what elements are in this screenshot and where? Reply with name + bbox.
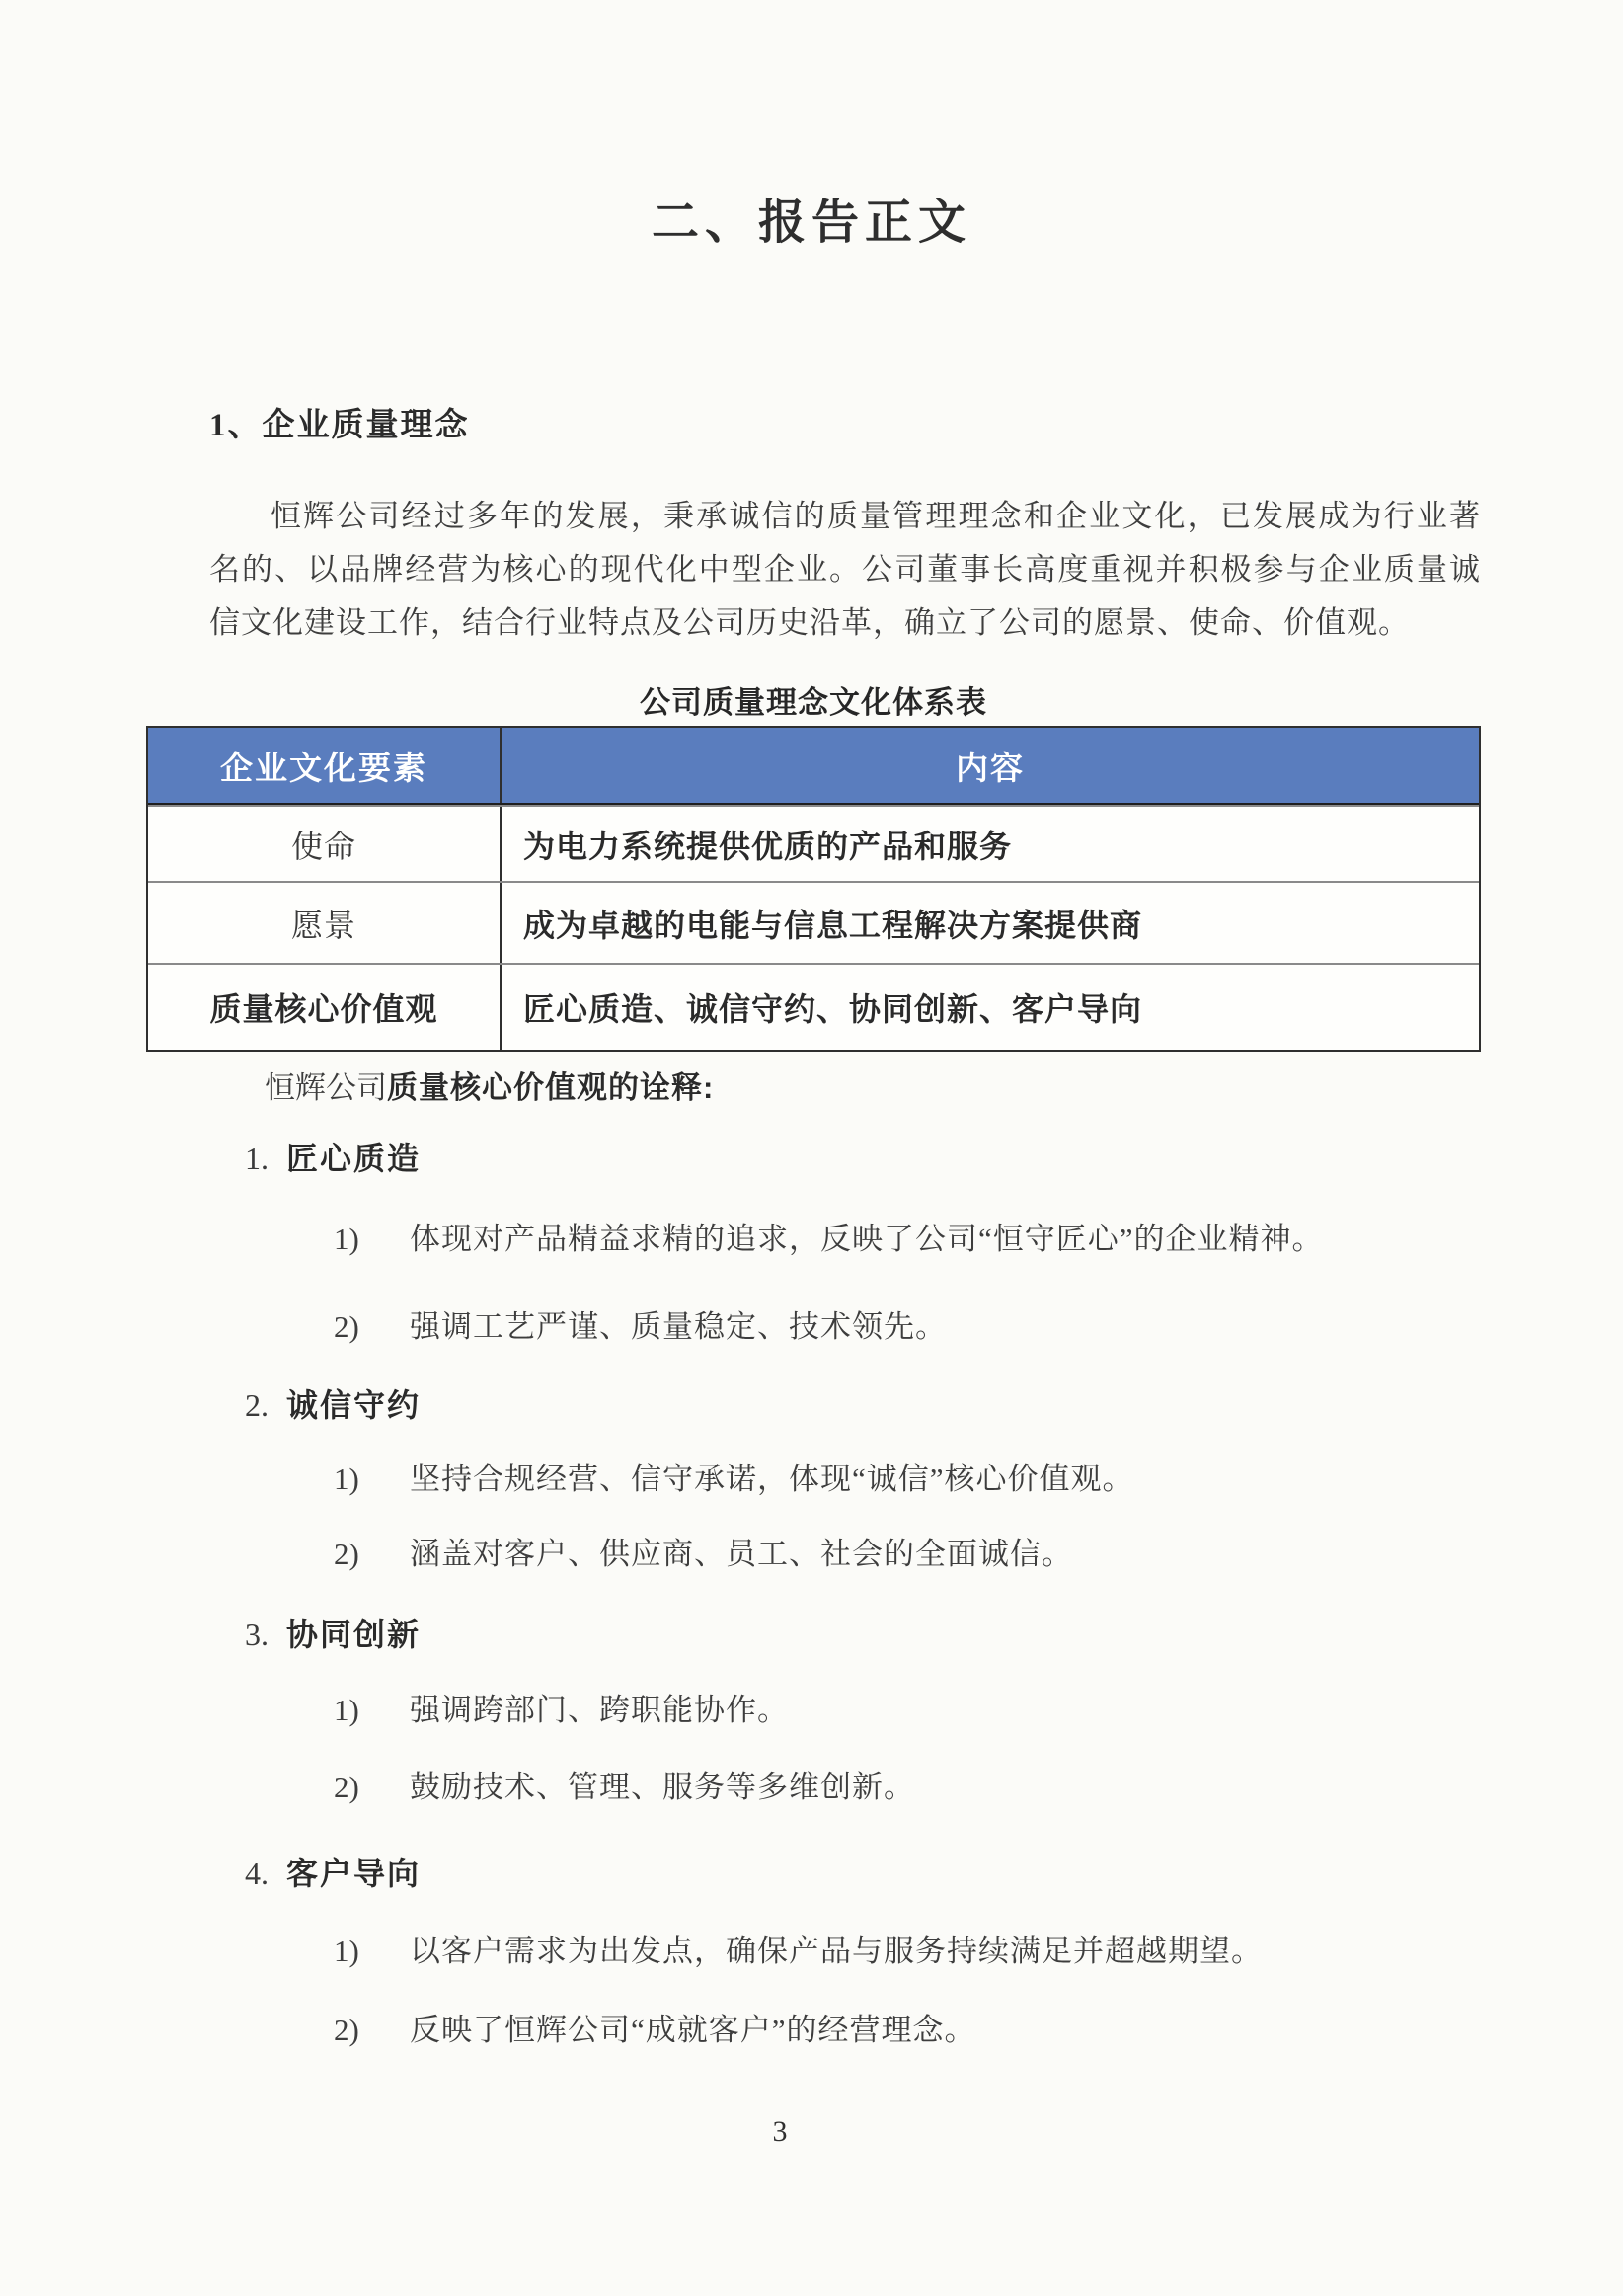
value-heading: 3.协同创新 — [245, 1610, 421, 1655]
paragraph-line: 名的、以品牌经营为核心的现代化中型企业。公司董事长高度重视并积极参与企业质量诚 — [209, 543, 1481, 596]
table-cell-content: 为电力系统提供优质的产品和服务 — [502, 807, 1479, 881]
interpretation-lead: 恒辉公司质量核心价值观的诠释: — [265, 1063, 714, 1107]
table-caption: 公司质量理念文化体系表 — [146, 677, 1481, 722]
value-item: 1)以客户需求为出发点，确保产品与服务持续满足并超越期望。 — [334, 1926, 1263, 1970]
table-row: 愿景 成为卓越的电能与信息工程解决方案提供商 — [148, 881, 1479, 963]
value-heading-title: 客户导向 — [286, 1856, 421, 1891]
table-row: 质量核心价值观 匠心质造、诚信守约、协同创新、客户导向 — [148, 963, 1479, 1050]
value-item-number: 2) — [334, 1309, 410, 1345]
value-item-number: 1) — [334, 1693, 410, 1728]
culture-table: 企业文化要素 内容 使命 为电力系统提供优质的产品和服务 愿景 成为卓越的电能与… — [146, 726, 1481, 1052]
value-heading-title: 协同创新 — [286, 1617, 421, 1652]
intro-paragraph: 恒辉公司经过多年的发展，秉承诚信的质量管理理念和企业文化，已发展成为行业著 名的… — [209, 490, 1481, 650]
table-header-row: 企业文化要素 内容 — [148, 728, 1479, 805]
value-item-number: 1) — [334, 1934, 410, 1969]
value-item-text: 反映了恒辉公司“成就客户”的经营理念。 — [410, 2013, 976, 2047]
value-item-text: 涵盖对客户、供应商、员工、社会的全面诚信。 — [410, 1537, 1073, 1571]
table-cell-content: 成为卓越的电能与信息工程解决方案提供商 — [502, 883, 1479, 963]
value-heading-number: 2. — [245, 1387, 269, 1423]
value-heading-number: 3. — [245, 1617, 269, 1652]
page-number: 3 — [0, 2115, 1560, 2149]
interpretation-title: 质量核心价值观的诠释: — [387, 1070, 714, 1105]
value-item-text: 体现对产品精益求精的追求，反映了公司“恒守匠心”的企业精神。 — [410, 1222, 1324, 1256]
section-heading: 1、企业质量理念 — [209, 399, 470, 445]
value-item: 1)坚持合规经营、信守承诺，体现“诚信”核心价值观。 — [334, 1454, 1134, 1498]
value-item-number: 2) — [334, 1770, 410, 1805]
value-item: 1)强调跨部门、跨职能协作。 — [334, 1685, 789, 1729]
table-cell-label: 使命 — [148, 807, 502, 881]
value-item-number: 1) — [334, 1222, 410, 1257]
value-heading: 2.诚信守约 — [245, 1381, 421, 1426]
table-row: 使命 为电力系统提供优质的产品和服务 — [148, 805, 1479, 881]
value-item-text: 以客户需求为出发点，确保产品与服务持续满足并超越期望。 — [410, 1934, 1263, 1968]
value-item-number: 2) — [334, 1537, 410, 1572]
value-heading-title: 诚信守约 — [286, 1387, 421, 1423]
value-item-number: 2) — [334, 2013, 410, 2048]
value-item-text: 坚持合规经营、信守承诺，体现“诚信”核心价值观。 — [410, 1462, 1134, 1496]
value-item-text: 强调跨部门、跨职能协作。 — [410, 1693, 789, 1727]
value-item: 2)涵盖对客户、供应商、员工、社会的全面诚信。 — [334, 1529, 1073, 1573]
value-item: 1)体现对产品精益求精的追求，反映了公司“恒守匠心”的企业精神。 — [334, 1214, 1324, 1258]
doc-title: 二、报告正文 — [0, 184, 1623, 252]
paragraph-line: 信文化建设工作，结合行业特点及公司历史沿革，确立了公司的愿景、使命、价值观。 — [209, 596, 1481, 650]
value-item-text: 鼓励技术、管理、服务等多维创新。 — [410, 1770, 915, 1804]
paragraph-line: 恒辉公司经过多年的发展，秉承诚信的质量管理理念和企业文化，已发展成为行业著 — [209, 490, 1481, 543]
value-heading-number: 4. — [245, 1856, 269, 1891]
table-header-cell: 内容 — [502, 728, 1479, 803]
table-header-cell: 企业文化要素 — [148, 728, 502, 803]
value-heading-title: 匠心质造 — [286, 1141, 421, 1176]
value-heading: 4.客户导向 — [245, 1849, 421, 1894]
value-item-number: 1) — [334, 1462, 410, 1497]
value-item: 2)强调工艺严谨、质量稳定、技术领先。 — [334, 1302, 947, 1346]
interpretation-company: 恒辉公司 — [265, 1070, 387, 1105]
value-item-text: 强调工艺严谨、质量稳定、技术领先。 — [410, 1309, 947, 1344]
value-item: 2)反映了恒辉公司“成就客户”的经营理念。 — [334, 2005, 976, 2049]
table-cell-label: 愿景 — [148, 883, 502, 963]
table-cell-content: 匠心质造、诚信守约、协同创新、客户导向 — [502, 965, 1479, 1050]
table-cell-label: 质量核心价值观 — [148, 965, 502, 1050]
value-heading: 1.匠心质造 — [245, 1134, 421, 1179]
value-heading-number: 1. — [245, 1141, 269, 1176]
document-page: 二、报告正文 1、企业质量理念 恒辉公司经过多年的发展，秉承诚信的质量管理理念和… — [0, 0, 1623, 2296]
value-item: 2)鼓励技术、管理、服务等多维创新。 — [334, 1762, 915, 1806]
